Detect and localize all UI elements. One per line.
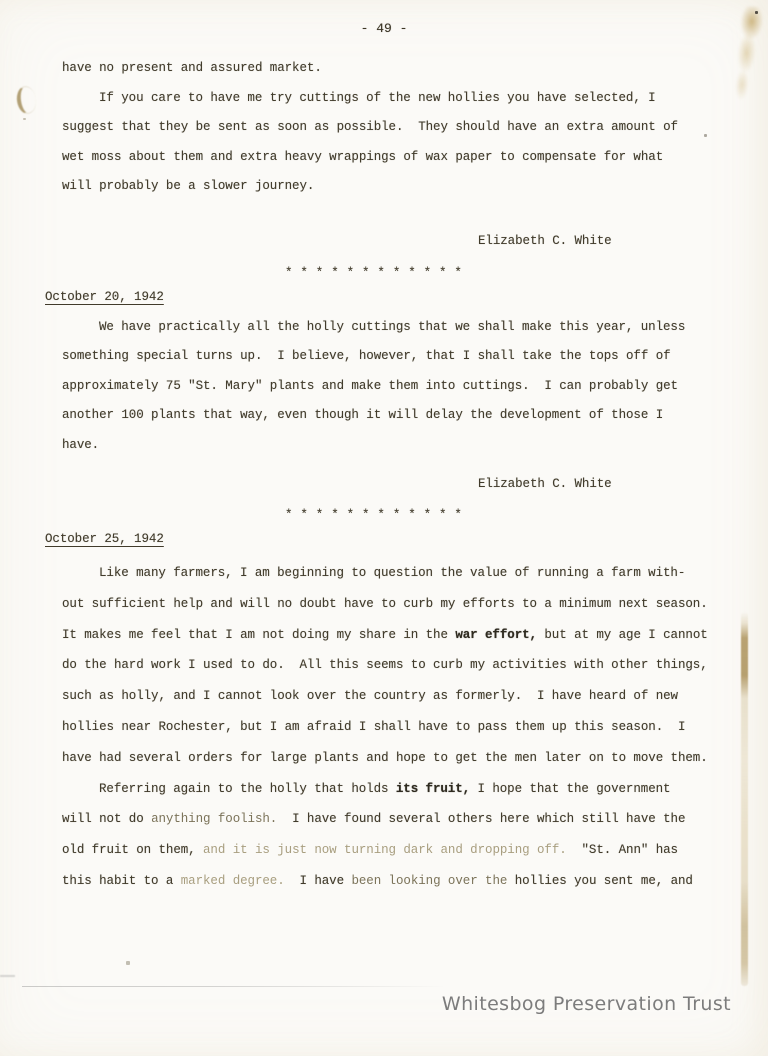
typescript-line: Like many farmers, I am beginning to que…: [62, 558, 722, 589]
typescript-line: We have practically all the holly cuttin…: [62, 313, 722, 343]
typescript-segment: something special turns up. I believe, h…: [62, 349, 671, 363]
typescript-segment: will not do: [62, 812, 151, 826]
typescript-line: wet moss about them and extra heavy wrap…: [62, 143, 722, 173]
typescript-segment: do the hard work I used to do. All this …: [62, 658, 708, 672]
typescript-line: suggest that they be sent as soon as pos…: [62, 113, 722, 143]
footer-credit: Whitesbog Preservation Trust: [442, 993, 731, 1015]
paper-speck: [126, 961, 130, 965]
signature: Elizabeth C. White: [478, 227, 722, 257]
typescript: have no present and assured market.If yo…: [62, 0, 722, 897]
typescript-segment: wet moss about them and extra heavy wrap…: [62, 150, 663, 164]
typescript-segment: out sufficient help and will no doubt ha…: [62, 597, 708, 611]
typescript-segment: old fruit on them,: [62, 843, 203, 857]
right-edge-stain-streak: [741, 612, 748, 986]
typescript-line: this habit to a marked degree. I have be…: [62, 866, 722, 897]
typescript-segment: I have: [285, 874, 352, 888]
typescript-segment: We have practically all the holly cuttin…: [99, 320, 685, 334]
fold-mark: [0, 975, 15, 977]
date-heading: October 20, 1942: [45, 283, 164, 313]
fold-line: [22, 986, 446, 987]
typescript-segment-strong: its fruit,: [396, 782, 470, 796]
typescript-line: Referring again to the holly that holds …: [62, 774, 722, 805]
typescript-segment: but at my age I cannot: [537, 628, 708, 642]
date-heading: October 25, 1942: [45, 525, 164, 555]
typescript-segment: have no present and assured market.: [62, 61, 322, 75]
typescript-segment: this habit to a: [62, 874, 181, 888]
typescript-segment: such as holly, and I cannot look over th…: [62, 689, 678, 703]
scanned-letter-page: - 49 - have no present and assured marke…: [0, 0, 768, 1056]
typescript-line: another 100 plants that way, even though…: [62, 401, 722, 431]
typescript-line: have had several orders for large plants…: [62, 743, 722, 774]
typescript-line: do the hard work I used to do. All this …: [62, 650, 722, 681]
ink-speck: [755, 11, 758, 14]
typescript-segment-strong: war effort,: [455, 628, 537, 642]
typescript-segment-faint: and it is just now turning dark and drop…: [203, 843, 567, 857]
typescript-segment: another 100 plants that way, even though…: [62, 408, 663, 422]
typescript-line: It makes me feel that I am not doing my …: [62, 620, 722, 651]
typescript-segment: If you care to have me try cuttings of t…: [99, 91, 656, 105]
typescript-segment-mid: been looking over the: [351, 874, 507, 888]
crescent-scan-mark: [15, 85, 38, 115]
typescript-line: out sufficient help and will no doubt ha…: [62, 589, 722, 620]
typescript-line: hollies near Rochester, but I am afraid …: [62, 712, 722, 743]
typescript-line: If you care to have me try cuttings of t…: [62, 84, 722, 114]
typescript-segment-mid: anything foolish.: [151, 812, 277, 826]
typescript-line: such as holly, and I cannot look over th…: [62, 681, 722, 712]
typescript-segment: will probably be a slower journey.: [62, 179, 314, 193]
typescript-segment: It makes me feel that I am not doing my …: [62, 628, 455, 642]
paragraph-block: have no present and assured market.If yo…: [62, 54, 722, 202]
signature: Elizabeth C. White: [478, 470, 722, 500]
typescript-segment: have.: [62, 438, 99, 452]
typescript-line: will probably be a slower journey.: [62, 172, 722, 202]
typescript-segment: approximately 75 "St. Mary" plants and m…: [62, 379, 678, 393]
typescript-line: something special turns up. I believe, h…: [62, 342, 722, 372]
paper-stain-top-right: [727, 5, 765, 101]
asterisk-separator: * * * * * * * * * * * *: [285, 505, 722, 525]
asterisk-separator: * * * * * * * * * * * *: [285, 263, 722, 283]
typescript-segment: hollies you sent me, and: [507, 874, 693, 888]
typescript-segment: I hope that the government: [470, 782, 670, 796]
typescript-line: have.: [62, 431, 722, 461]
typescript-segment: Like many farmers, I am beginning to que…: [99, 566, 685, 580]
paragraph-block: Like many farmers, I am beginning to que…: [62, 558, 722, 897]
typescript-segment: suggest that they be sent as soon as pos…: [62, 120, 678, 134]
typescript-line: will not do anything foolish. I have fou…: [62, 804, 722, 835]
typescript-line: have no present and assured market.: [62, 54, 722, 84]
paper-speck: [23, 118, 26, 120]
paragraph-block: We have practically all the holly cuttin…: [62, 313, 722, 461]
typescript-segment: Referring again to the holly that holds: [99, 782, 396, 796]
typescript-segment: have had several orders for large plants…: [62, 751, 708, 765]
typescript-line: approximately 75 "St. Mary" plants and m…: [62, 372, 722, 402]
typescript-segment: I have found several others here which s…: [277, 812, 685, 826]
typescript-segment: "St. Ann" has: [567, 843, 678, 857]
typescript-segment-faint: marked degree.: [181, 874, 285, 888]
typescript-line: old fruit on them, and it is just now tu…: [62, 835, 722, 866]
typescript-segment: hollies near Rochester, but I am afraid …: [62, 720, 685, 734]
